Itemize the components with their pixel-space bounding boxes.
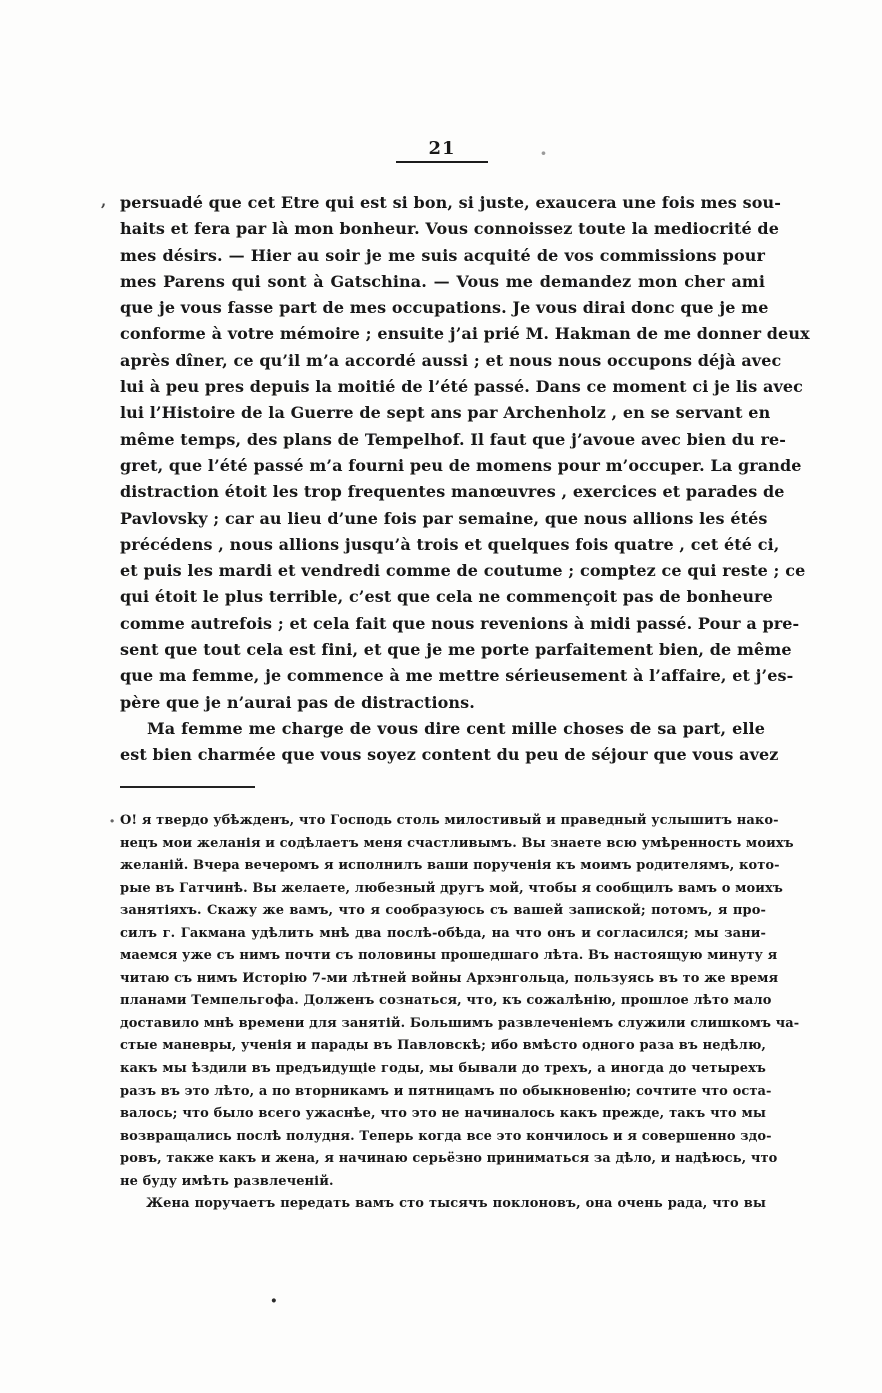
text-line: mes désirs. — Hier au soir je me suis ac… [120,243,765,269]
text-line: О! я твердо убѣжденъ, что Господь столь … [120,810,766,833]
text-line: haits et fera par là mon bonheur. Vous c… [120,216,765,242]
text-line: валось; что было всего ужаснѣе, что это … [120,1103,766,1126]
text-line: persuadé que cet Etre qui est si bon, si… [120,190,765,216]
text-line: ровъ, также какъ и жена, я начинаю серьё… [120,1148,766,1171]
text-line: Ma femme me charge de vous dire cent mil… [120,716,765,742]
text-line: Pavlovsky ; car au lieu d’une fois par s… [120,506,765,532]
text-line: маемся уже съ нимъ почти съ половины про… [120,945,766,968]
footnote-text-russian: О! я твердо убѣжденъ, что Господь столь … [120,810,766,1216]
text-line: sent que tout cela est fini, et que je m… [120,637,765,663]
page-number: 21 [428,138,455,159]
text-line: занятіяхъ. Скажу же вамъ, что я сообразу… [120,900,766,923]
text-line: après dîner, ce qu’il m’a accordé aussi … [120,348,765,374]
text-line: стые маневры, ученія и парады въ Павловс… [120,1035,766,1058]
text-line: рые въ Гатчинѣ. Вы желаете, любезный дру… [120,878,766,901]
text-line: que je vous fasse part de mes occupation… [120,295,765,321]
text-line: возвращались послѣ полудня. Теперь когда… [120,1126,766,1149]
text-line: mes Parens qui sont à Gatschina. — Vous … [120,269,765,295]
text-line: lui à peu pres depuis la moitié de l’été… [120,374,765,400]
scan-artifact-dot-bottom: · [270,1290,278,1312]
text-line: желаній. Вчера вечеромъ я исполнилъ ваши… [120,855,766,878]
text-line: précédens , nous allions jusqu’à trois e… [120,532,765,558]
text-line: qui étoit le plus terrible, c’est que ce… [120,584,765,610]
text-line: не буду имѣть развлеченій. [120,1171,766,1194]
scan-artifact-dot-before-footnote: · [109,813,115,831]
scan-artifact-dot-near-page-number: · [540,143,547,163]
text-line: distraction étoit les trop frequentes ma… [120,479,765,505]
text-line: et puis les mardi et vendredi comme de c… [120,558,765,584]
text-line: разъ въ это лѣто, а по вторникамъ и пятн… [120,1081,766,1104]
text-line: какъ мы ѣздили въ предъидущіе годы, мы б… [120,1058,766,1081]
scan-artifact-margin-comma: , [101,194,106,209]
main-text-french: persuadé que cet Etre qui est si bon, si… [120,190,765,769]
footnote-separator [120,786,255,788]
text-line: Жена поручаетъ передать вамъ сто тысячъ … [120,1193,766,1216]
scanned-book-page: { "page_number": "21", "main_text": { "l… [0,0,882,1393]
text-line: comme autrefois ; et cela fait que nous … [120,611,765,637]
text-line: нецъ мои желанія и содѣлаетъ меня счастл… [120,833,766,856]
page-number-rule: 21 [396,139,488,163]
text-line: силъ г. Гакмана удѣлить мнѣ два послѣ-об… [120,923,766,946]
text-line: est bien charmée que vous soyez content … [120,742,765,768]
text-line: планами Темпельгофа. Долженъ сознаться, … [120,990,766,1013]
text-line: même temps, des plans de Tempelhof. Il f… [120,427,765,453]
text-line: conforme à votre mémoire ; ensuite j’ai … [120,321,765,347]
text-line: que ma femme, je commence à me mettre sé… [120,663,765,689]
text-line: читаю съ нимъ Исторію 7-ми лѣтней войны … [120,968,766,991]
text-line: père que je n’aurai pas de distractions. [120,690,765,716]
text-line: доставило мнѣ времени для занятій. Больш… [120,1013,766,1036]
text-line: gret, que l’été passé m’a fourni peu de … [120,453,765,479]
text-line: lui l’Histoire de la Guerre de sept ans … [120,400,765,426]
